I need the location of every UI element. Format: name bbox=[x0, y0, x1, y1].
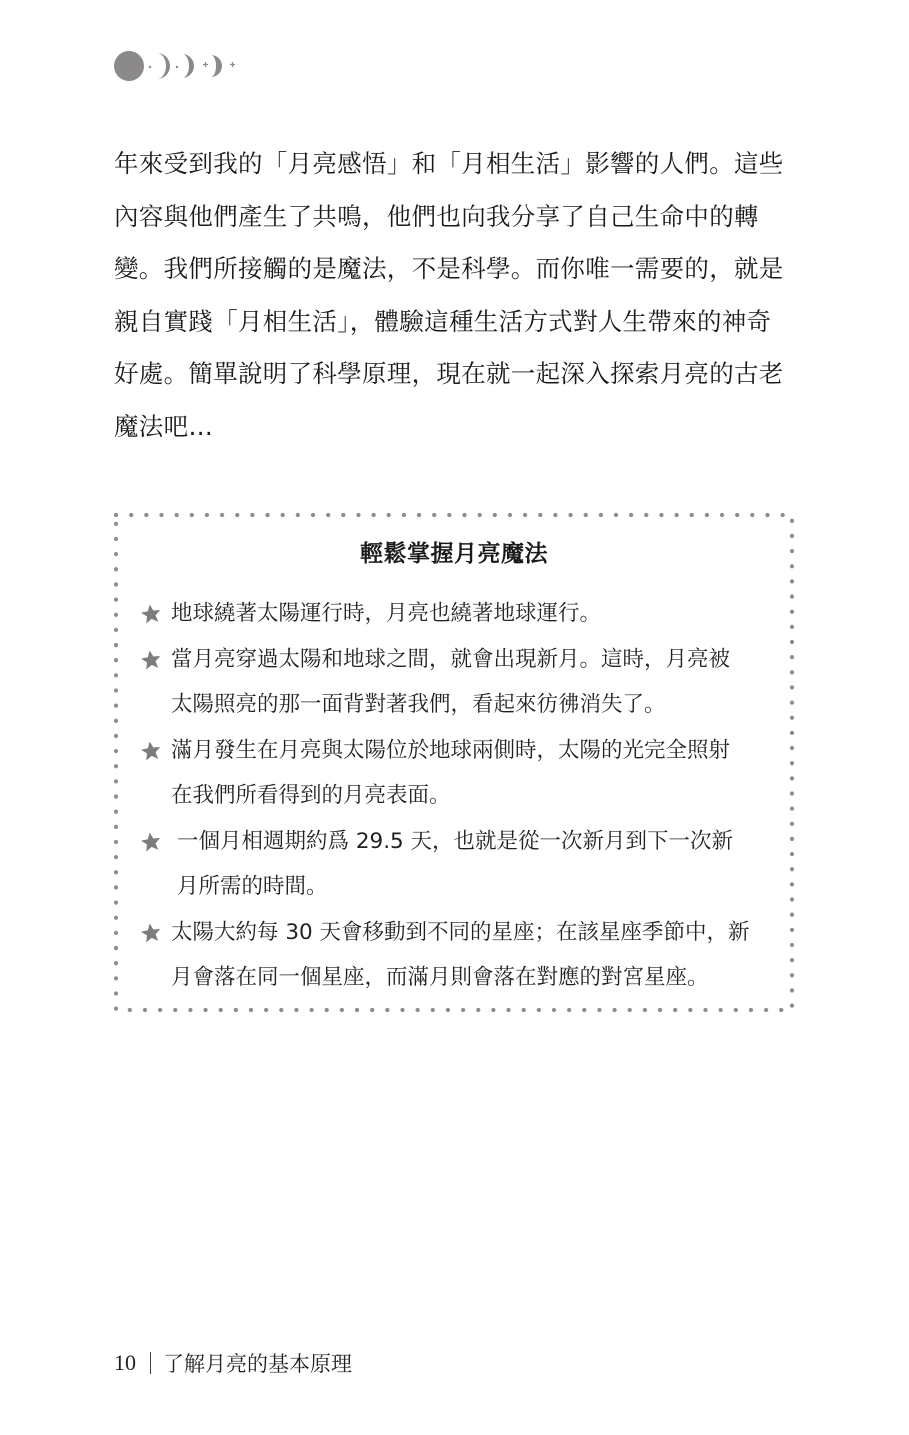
body-line: 年來受到我的「月亮感悟」和「月相生活」影響的人們。這些 bbox=[114, 138, 804, 191]
body-line: 好處。簡單說明了科學原理，現在就一起深入探索月亮的古老 bbox=[114, 348, 804, 401]
tip-item-line: 太陽照亮的那一面背對著我們，看起來彷彿消失了。 bbox=[171, 682, 780, 728]
body-line: 變。我們所接觸的是魔法，不是科學。而你唯一需要的，就是 bbox=[114, 243, 804, 296]
moon-phases-icon bbox=[113, 49, 243, 83]
page-footer: 10 了解月亮的基本原理 bbox=[114, 1348, 352, 1378]
tip-item: 太陽大約每 30 天會移動到不同的星座；在該星座季節中，新 月會落在同一個星座，… bbox=[140, 910, 780, 1001]
tip-item-line: 一個月相週期約爲 29.5 天，也就是從一次新月到下一次新 bbox=[171, 819, 780, 865]
body-line: 親自實踐「月相生活」，體驗這種生活方式對人生帶來的神奇 bbox=[114, 296, 804, 349]
body-line: 魔法吧… bbox=[114, 401, 804, 454]
star-icon bbox=[140, 922, 162, 944]
tip-item-line: 當月亮穿過太陽和地球之間，就會出現新月。這時，月亮被 bbox=[171, 637, 780, 683]
tip-item: 滿月發生在月亮與太陽位於地球兩側時，太陽的光完全照射 在我們所看得到的月亮表面。 bbox=[140, 728, 780, 819]
body-line: 內容與他們產生了共鳴，他們也向我分享了自己生命中的轉 bbox=[114, 191, 804, 244]
tip-item-line: 月所需的時間。 bbox=[171, 864, 780, 910]
tip-list: 地球繞著太陽運行時，月亮也繞著地球運行。 當月亮穿過太陽和地球之間，就會出現新月… bbox=[140, 591, 780, 1001]
star-icon bbox=[140, 603, 162, 625]
tip-item-line: 滿月發生在月亮與太陽位於地球兩側時，太陽的光完全照射 bbox=[171, 728, 780, 774]
star-icon bbox=[140, 740, 162, 762]
tip-box-title: 輕鬆掌握月亮魔法 bbox=[112, 535, 796, 568]
tip-item-line: 地球繞著太陽運行時，月亮也繞著地球運行。 bbox=[171, 591, 780, 637]
footer-divider bbox=[150, 1352, 151, 1374]
star-icon bbox=[140, 649, 162, 671]
star-icon bbox=[140, 831, 162, 853]
moon-phases-header bbox=[113, 50, 243, 82]
tip-item-line: 太陽大約每 30 天會移動到不同的星座；在該星座季節中，新 bbox=[171, 910, 780, 956]
body-paragraph: 年來受到我的「月亮感悟」和「月相生活」影響的人們。這些 內容與他們產生了共鳴，他… bbox=[114, 138, 804, 454]
tip-box: 輕鬆掌握月亮魔法 地球繞著太陽運行時，月亮也繞著地球運行。 當月亮穿過太陽和地球… bbox=[112, 511, 796, 1014]
tip-item-line: 月會落在同一個星座，而滿月則會落在對應的對宮星座。 bbox=[171, 955, 780, 1001]
tip-item: 地球繞著太陽運行時，月亮也繞著地球運行。 bbox=[140, 591, 780, 637]
tip-item: 當月亮穿過太陽和地球之間，就會出現新月。這時，月亮被 太陽照亮的那一面背對著我們… bbox=[140, 637, 780, 728]
tip-item-line: 在我們所看得到的月亮表面。 bbox=[171, 773, 780, 819]
tip-item: 一個月相週期約爲 29.5 天，也就是從一次新月到下一次新 月所需的時間。 bbox=[140, 819, 780, 910]
page-number: 10 bbox=[114, 1350, 136, 1376]
chapter-title: 了解月亮的基本原理 bbox=[163, 1348, 352, 1378]
